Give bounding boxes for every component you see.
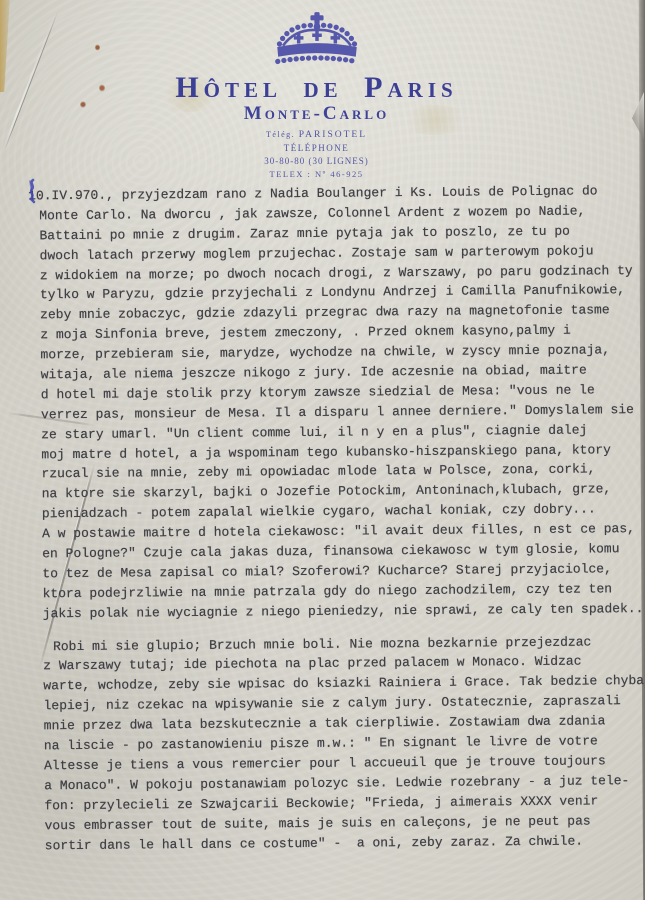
hotel-name: Hôtel de Paris	[0, 73, 639, 103]
handwritten-date-mark	[26, 178, 46, 204]
telephone-number: 30-80-80 (30 LIGNES)	[0, 156, 639, 166]
telephone-label: TÉLÉPHONE	[0, 143, 639, 153]
crown-icon	[269, 12, 365, 69]
letterhead: Hôtel de Paris Monte-Carlo Télég. PARISO…	[0, 12, 639, 179]
hotel-city: Monte-Carlo	[0, 103, 639, 125]
telex-line: TELEX : Nº 46-925	[0, 169, 639, 179]
letter-body: 10.IV.970., przyjezdzam rano z Nadia Bou…	[39, 181, 645, 856]
telegraph-name: PARISOTEL	[299, 130, 367, 140]
telegraph-label: Télég.	[266, 130, 295, 139]
telegraph-line: Télég. PARISOTEL	[0, 130, 639, 140]
